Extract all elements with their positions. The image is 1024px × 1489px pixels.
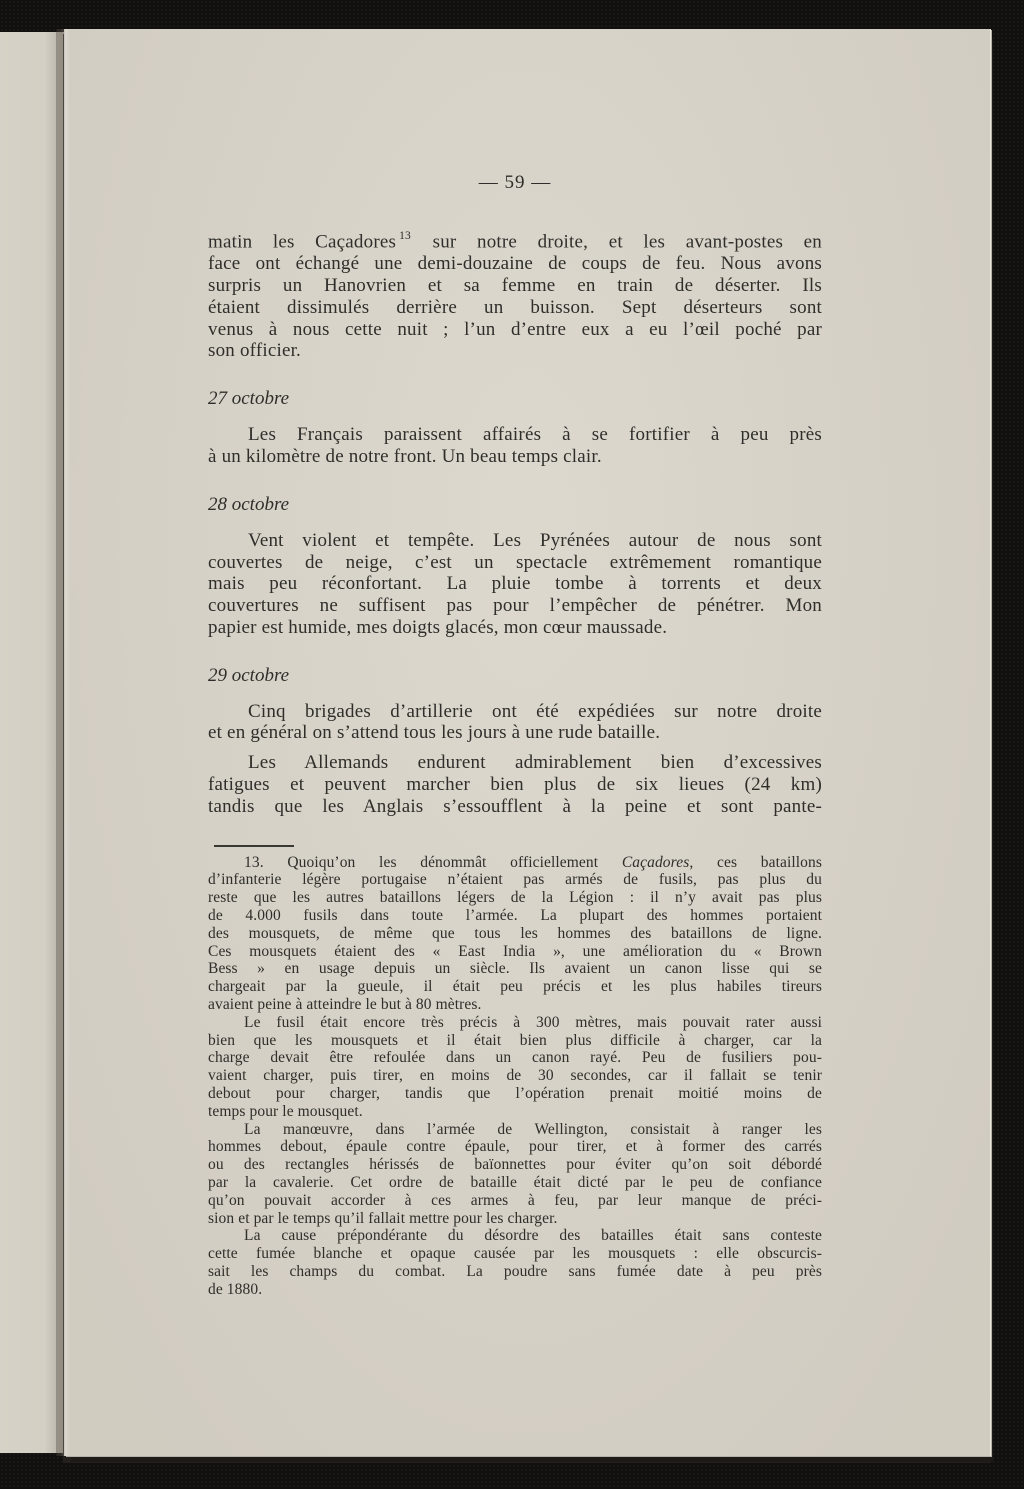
page-content: — 59 — matin les Caçadores13 sur notre d… xyxy=(208,29,822,1299)
footnote-paragraph: La cause prépondérante du désordre des b… xyxy=(208,1227,822,1298)
entry-paragraph: Les Français paraissent affairés à se fo… xyxy=(208,424,822,468)
paragraph-lines: face ont échangé une demi-douzaine de co… xyxy=(208,253,822,362)
text-line: cette fumée blanche et opaque causée par… xyxy=(208,1245,822,1263)
text-line: à un kilomètre de notre front. Un beau t… xyxy=(208,446,822,468)
footnote-paragraph: Le fusil était encore très précis à 300 … xyxy=(208,1014,822,1121)
text-segment: sur notre droite, et les avant-postes en xyxy=(433,231,822,252)
text-line: Les Français paraissent affairés à se fo… xyxy=(208,424,822,446)
book-page: — 59 — matin les Caçadores13 sur notre d… xyxy=(64,29,990,1456)
footnote: 13. Quoiqu’on les dénommât officiellemen… xyxy=(208,854,822,1299)
footnote-paragraph: La manœuvre, dans l’armée de Wellington,… xyxy=(208,1121,822,1228)
paragraph-lines: Vent violent et tempête. Les Pyrénées au… xyxy=(208,530,822,639)
diary-opening-paragraph: matin les Caçadores13 sur notre droite, … xyxy=(208,227,822,362)
entry-date-heading: 28 octobre xyxy=(208,494,822,516)
text-line: Le fusil était encore très précis à 300 … xyxy=(208,1014,822,1032)
footnote-divider xyxy=(214,845,294,847)
diary-entry-29-octobre: 29 octobre Cinq brigades d’artillerie on… xyxy=(208,665,822,818)
text-line: face ont échangé une demi-douzaine de co… xyxy=(208,253,822,275)
text-line: et en général on s’attend tous les jours… xyxy=(208,722,822,744)
text-line: de 4.000 fusils dans toute l’armée. La p… xyxy=(208,907,822,925)
text-line: ou des rectangles hérissés de baïonnette… xyxy=(208,1156,822,1174)
text-segment: ces bataillons xyxy=(717,854,822,871)
text-line: d’infanterie légère portugaise n’étaient… xyxy=(208,871,822,889)
italic-term: Caçadores, xyxy=(622,854,693,871)
text-line: hommes debout, épaule contre épaule, pou… xyxy=(208,1138,822,1156)
text-line: Ces mousquets étaient des « East India »… xyxy=(208,943,822,961)
text-line: mais peu réconfortant. La pluie tombe à … xyxy=(208,573,822,595)
text-line: La cause prépondérante du désordre des b… xyxy=(208,1227,822,1245)
text-line: charge devait être refoulée dans un cano… xyxy=(208,1049,822,1067)
paragraph-lines: Cinq brigades d’artillerie ont été expéd… xyxy=(208,701,822,745)
text-line: couvertures ne suffisent pas pour l’empê… xyxy=(208,595,822,617)
entry-date-heading: 29 octobre xyxy=(208,665,822,687)
paragraph-lines: d’infanterie légère portugaise n’étaient… xyxy=(208,871,822,1013)
text-line: bien que les mousquets et il était bien … xyxy=(208,1032,822,1050)
text-line: papier est humide, mes doigts glacés, mo… xyxy=(208,617,822,639)
entry-date-heading: 27 octobre xyxy=(208,388,822,410)
text-line: surpris un Hanovrien et sa femme en trai… xyxy=(208,275,822,297)
text-line: Les Allemands endurent admirablement bie… xyxy=(208,752,822,774)
text-line: sion et par le temps qu’il fallait mettr… xyxy=(208,1210,822,1228)
text-line: couvertes de neige, c’est un spectacle e… xyxy=(208,552,822,574)
text-line: Vent violent et tempête. Les Pyrénées au… xyxy=(208,530,822,552)
text-line: debout pour charger, tandis que l’opérat… xyxy=(208,1085,822,1103)
footnote-paragraph: 13. Quoiqu’on les dénommât officiellemen… xyxy=(208,854,822,1014)
text-line: vaient charger, puis tirer, en moins de … xyxy=(208,1067,822,1085)
text-line: sait les champs du combat. La poudre san… xyxy=(208,1263,822,1281)
text-line: Bess » en usage depuis un siècle. Ils av… xyxy=(208,960,822,978)
entry-paragraph: Les Allemands endurent admirablement bie… xyxy=(208,752,822,817)
gutter-shadow xyxy=(56,29,70,1456)
paragraph-lines: Le fusil était encore très précis à 300 … xyxy=(208,1014,822,1121)
entry-paragraph: Vent violent et tempête. Les Pyrénées au… xyxy=(208,530,822,639)
text-line: des mousquets, de même que tous les homm… xyxy=(208,925,822,943)
scanned-book-photo: — 59 — matin les Caçadores13 sur notre d… xyxy=(0,0,1024,1489)
paragraph-lines: Les Allemands endurent admirablement bie… xyxy=(208,752,822,817)
text-line: fatigues et peuvent marcher bien plus de… xyxy=(208,774,822,796)
previous-page-edge xyxy=(0,32,64,1453)
text-segment: matin les Caçadores xyxy=(208,231,396,252)
entry-paragraph: Cinq brigades d’artillerie ont été expéd… xyxy=(208,701,822,745)
text-line: avaient peine à atteindre le but à 80 mè… xyxy=(208,996,822,1014)
paragraph-lines: La cause prépondérante du désordre des b… xyxy=(208,1227,822,1298)
text-line: par la cavalerie. Cet ordre de bataille … xyxy=(208,1174,822,1192)
text-line: matin les Caçadores13 sur notre droite, … xyxy=(208,227,822,253)
text-line: La manœuvre, dans l’armée de Wellington,… xyxy=(208,1121,822,1139)
text-line: qu’on pouvait accorder à ces armes à feu… xyxy=(208,1192,822,1210)
text-line: étaient dissimulés derrière un buisson. … xyxy=(208,297,822,319)
page-number: — 59 — xyxy=(208,172,822,194)
text-line: son officier. xyxy=(208,340,822,362)
paragraph-lines: Les Français paraissent affairés à se fo… xyxy=(208,424,822,468)
diary-entry-28-octobre: 28 octobre Vent violent et tempête. Les … xyxy=(208,494,822,639)
text-line: Cinq brigades d’artillerie ont été expéd… xyxy=(208,701,822,723)
text-line: venus à nous cette nuit ; l’un d’entre e… xyxy=(208,319,822,341)
text-line: chargeait par la gueule, il était peu pr… xyxy=(208,978,822,996)
text-line: temps pour le mousquet. xyxy=(208,1103,822,1121)
text-line: de 1880. xyxy=(208,1281,822,1299)
diary-entry-27-octobre: 27 octobre Les Français paraissent affai… xyxy=(208,388,822,468)
paragraph-lines: La manœuvre, dans l’armée de Wellington,… xyxy=(208,1121,822,1228)
text-line: reste que les autres bataillons légers d… xyxy=(208,889,822,907)
footnote-reference: 13 xyxy=(399,230,411,242)
footnote-number-and-text: 13. Quoiqu’on les dénommât officiellemen… xyxy=(244,854,598,871)
text-line: tandis que les Anglais s’essoufflent à l… xyxy=(208,796,822,818)
text-line: 13. Quoiqu’on les dénommât officiellemen… xyxy=(208,854,822,872)
